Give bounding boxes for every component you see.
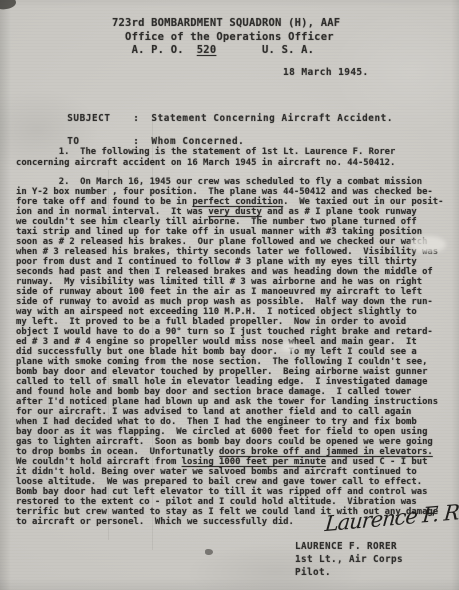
typed-line: A. P. O. 520 U. S. A.	[112, 44, 340, 58]
to-label: TO	[67, 136, 133, 147]
typed-line: poor from dust and I continued to follow…	[16, 257, 443, 267]
underlined-text: losing 1000 feet per minute	[182, 457, 326, 467]
typed-line: side of runway about 100 feet in the air…	[16, 287, 443, 297]
subject-colon: :	[133, 113, 139, 124]
typed-line: in Y-2 box number , four position. The p…	[16, 187, 443, 197]
typed-line: concerning aircraft accident on 16 March…	[16, 158, 395, 169]
to-line: TO:Whom Concerned.	[30, 125, 393, 148]
typed-line: taxi strip and lined up for take off in …	[16, 227, 443, 237]
typed-line: seconds had past and then I released bra…	[16, 267, 443, 277]
title-line: Pilot.	[295, 566, 403, 579]
typed-line: side of runway to avoid as much prop was…	[16, 297, 443, 307]
scan-corner-mark	[0, 0, 17, 10]
typed-line: and found hole and bomb bay door and sec…	[16, 387, 443, 397]
typed-line: Bomb bay door had cut left elevator to t…	[16, 487, 443, 497]
typed-line: 1. The following is the statement of 1st…	[16, 147, 395, 158]
typed-line: 2. On March 16, 1945 our crew was schedu…	[16, 177, 443, 187]
underlined-text: doors broke off and jammed in elevators.	[219, 447, 433, 457]
typed-line: soon as # 2 released his brakes. Our pla…	[16, 237, 443, 247]
scanned-document-page: 723rd BOMBARDMENT SQUADRON (H), AAF Offi…	[0, 0, 459, 590]
typed-line: We couldn't hold aircraft from losing 10…	[16, 457, 443, 467]
typed-line: 723rd BOMBARDMENT SQUADRON (H), AAF	[112, 17, 340, 31]
subject-line: SUBJECT:Statement Concerning Aircraft Ac…	[30, 102, 393, 125]
subject-label: SUBJECT	[67, 113, 133, 124]
rank-line: 1st Lt., Air Corps	[295, 553, 403, 566]
typed-line: for our aircraft. I was advised to land …	[16, 407, 443, 417]
typed-line: did successfully but one blade hit bomb …	[16, 347, 443, 357]
paragraph-1: 1. The following is the statement of 1st…	[16, 147, 395, 169]
typed-line: my left. It proved to be a full bladed p…	[16, 317, 443, 327]
typed-line: object I would have to do a 90° turn so …	[16, 327, 443, 337]
subject-to-block: SUBJECT:Statement Concerning Aircraft Ac…	[30, 102, 393, 148]
letterhead: 723rd BOMBARDMENT SQUADRON (H), AAF Offi…	[112, 17, 340, 58]
typed-line: it didn't hold. Being over water we salv…	[16, 467, 443, 477]
date-line: 18 March 1945.	[283, 67, 369, 78]
underlined-text: perfect condition	[192, 197, 283, 207]
underlined-text: 520	[197, 44, 217, 56]
typed-line: bay door as it was flapping. We circled …	[16, 427, 443, 437]
whiteout-smudge	[281, 342, 297, 352]
typed-line: Office of the Operations Officer	[112, 31, 340, 45]
to-colon: :	[133, 136, 139, 147]
typed-line: plane with smoke coming from the nose se…	[16, 357, 443, 367]
whiteout-smudge	[410, 236, 446, 253]
underlined-text: very dusty	[208, 207, 261, 217]
typed-line: runway. My visibility was limited till #…	[16, 277, 443, 287]
typed-line: ion and in normal interval. It was very …	[16, 207, 443, 217]
typed-line: when I had decided what to do. Then I ha…	[16, 417, 443, 427]
to-value: Whom Concerned.	[151, 136, 244, 147]
typed-name: LAURENCE F. RORER	[295, 540, 403, 553]
typed-line: loose altitude. We was prepared to bail …	[16, 477, 443, 487]
typed-line: bomb bay door and elevator touched by pr…	[16, 367, 443, 377]
typed-line: gas to lighten aircraft. Soon as bomb ba…	[16, 437, 443, 447]
ink-speck	[205, 549, 213, 555]
typed-line: we couldn't see him clearly till airborn…	[16, 217, 443, 227]
typed-line: fore take off and found to be in perfect…	[16, 197, 443, 207]
typed-line: ed # 3 and # 4 engine so propeller would…	[16, 337, 443, 347]
signature-block: LAURENCE F. RORER 1st Lt., Air Corps Pil…	[295, 540, 403, 579]
typed-line: restored to the extent co - pilot and I …	[16, 497, 443, 507]
typed-line: to drop bombs in ocean. Unfortunatly doo…	[16, 447, 443, 457]
typed-line: way with an airspeed not exceeding 110 M…	[16, 307, 443, 317]
typed-line: after I'd noticed plane had blown up and…	[16, 397, 443, 407]
typed-line: called to tell of small hole in elevator…	[16, 377, 443, 387]
paragraph-2: 2. On March 16, 1945 our crew was schedu…	[16, 177, 443, 527]
typed-line: when # 3 released his brakes, thirty sec…	[16, 247, 443, 257]
subject-value: Statement Concerning Aircraft Accident.	[151, 113, 393, 124]
